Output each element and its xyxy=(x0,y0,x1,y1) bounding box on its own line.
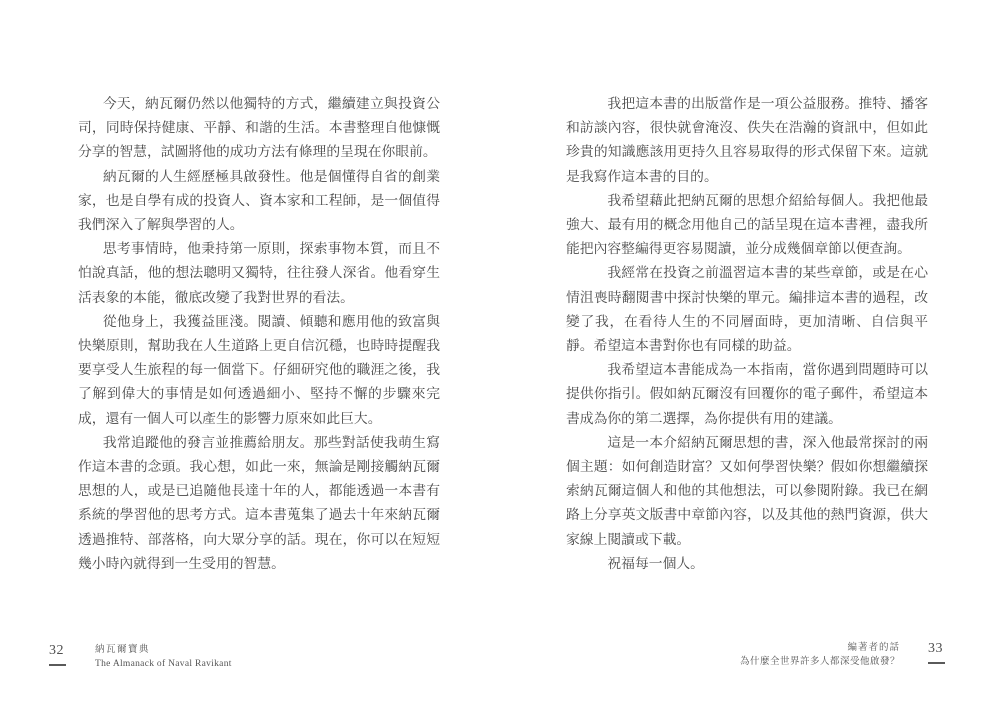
page-number: 33 xyxy=(928,641,943,656)
paragraph: 我常追蹤他的發言並推薦給朋友。那些對話使我萌生寫作這本書的念頭。我心想，如此一來… xyxy=(78,431,440,576)
paragraph: 今天，納瓦爾仍然以他獨特的方式，繼續建立與投資公司，同時保持健康、平靜、和諧的生… xyxy=(78,92,440,165)
book-spread: 今天，納瓦爾仍然以他獨特的方式，繼續建立與投資公司，同時保持健康、平靜、和諧的生… xyxy=(0,0,1000,710)
right-page-number-block: 33 xyxy=(928,641,945,664)
right-page-text: 我把這本書的出版當作是一項公益服務。推特、播客和訪談內容，很快就會淹沒、佚失在浩… xyxy=(566,92,928,576)
book-title-zh: 納瓦爾寶典 xyxy=(95,643,232,657)
paragraph: 思考事情時，他秉持第一原則，探索事物本質，而且不怕說真話，他的想法聰明又獨特，往… xyxy=(78,237,440,310)
book-title-en: The Almanack of Naval Ravikant xyxy=(95,657,232,671)
right-page-footer: 編著者的話 為什麼全世界許多人都深受他啟發？ 33 xyxy=(740,641,945,669)
paragraph: 從他身上，我獲益匪淺。閱讀、傾聽和應用他的致富與快樂原則，幫助我在人生道路上更自… xyxy=(78,310,440,431)
left-page-text: 今天，納瓦爾仍然以他獨特的方式，繼續建立與投資公司，同時保持健康、平靜、和諧的生… xyxy=(78,92,440,576)
paragraph: 我經常在投資之前溫習這本書的某些章節，或是在心情沮喪時翻閱書中探討快樂的單元。編… xyxy=(566,261,928,358)
chapter-title: 為什麼全世界許多人都深受他啟發？ xyxy=(740,655,900,669)
paragraph: 我希望藉此把納瓦爾的思想介紹給每個人。我把他最強大、最有用的概念用他自己的話呈現… xyxy=(566,189,928,262)
page-number-rule xyxy=(49,664,66,666)
paragraph: 我把這本書的出版當作是一項公益服務。推特、播客和訪談內容，很快就會淹沒、佚失在浩… xyxy=(566,92,928,189)
page-number: 32 xyxy=(49,643,64,658)
chapter-title-block: 編著者的話 為什麼全世界許多人都深受他啟發？ xyxy=(740,641,900,669)
chapter-label: 編著者的話 xyxy=(847,641,900,655)
left-page-number-block: 32 xyxy=(49,643,66,666)
running-title: 納瓦爾寶典 The Almanack of Naval Ravikant xyxy=(95,643,232,671)
page-number-rule xyxy=(928,662,945,664)
paragraph: 祝福每一個人。 xyxy=(566,552,928,576)
paragraph: 納瓦爾的人生經歷極具啟發性。他是個懂得自省的創業家，也是自學有成的投資人、資本家… xyxy=(78,165,440,238)
left-page-footer: 32 納瓦爾寶典 The Almanack of Naval Ravikant xyxy=(49,643,232,671)
paragraph: 這是一本介紹納瓦爾思想的書，深入他最常探討的兩個主題：如何創造財富？又如何學習快… xyxy=(566,431,928,552)
paragraph: 我希望這本書能成為一本指南，當你遇到問題時可以提供你指引。假如納瓦爾沒有回覆你的… xyxy=(566,358,928,431)
